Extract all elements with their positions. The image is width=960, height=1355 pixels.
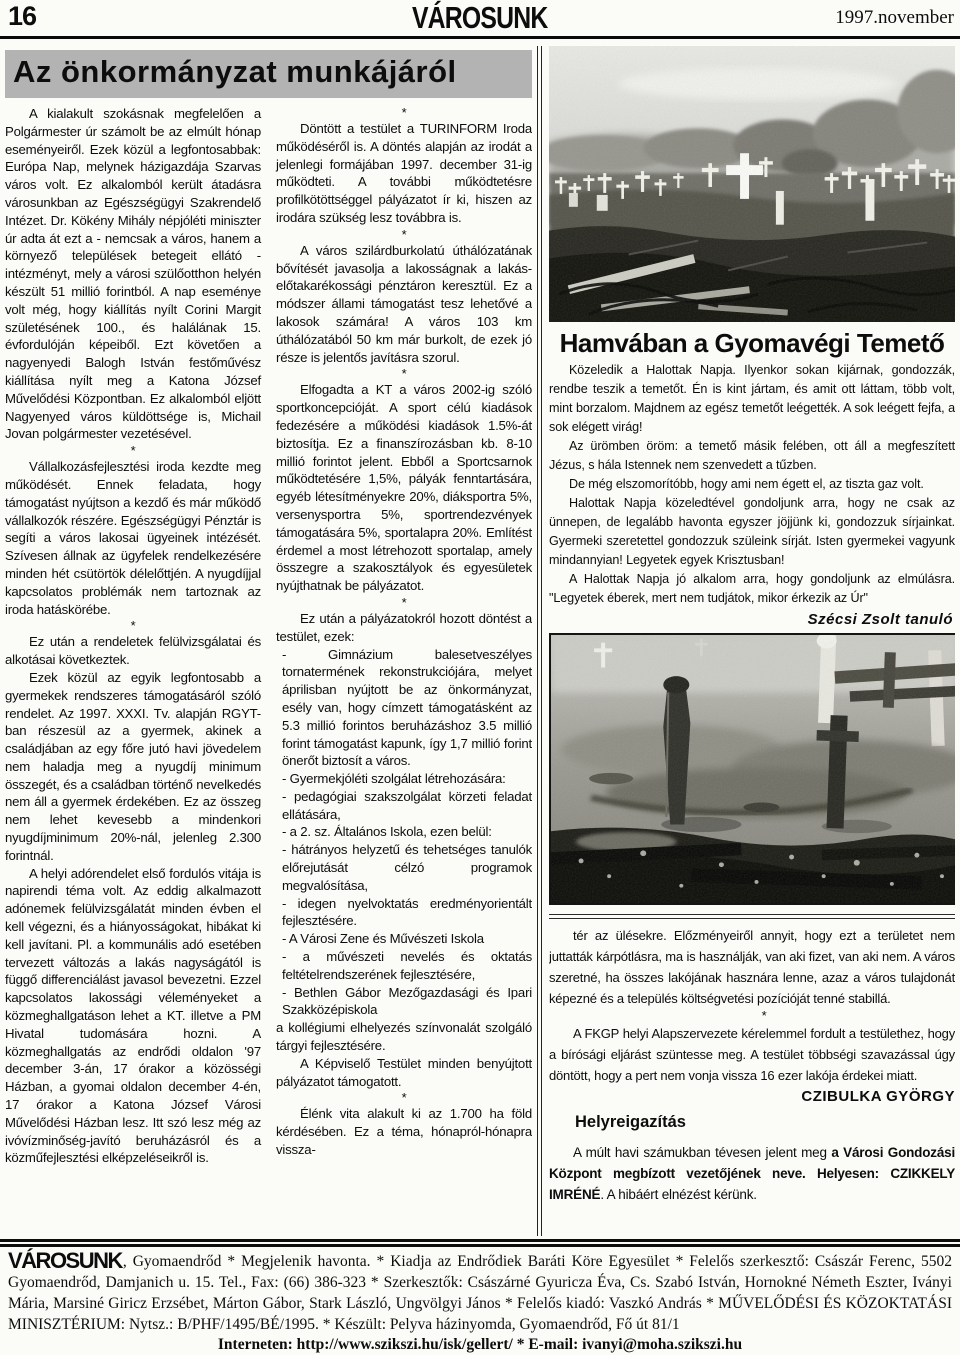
paragraph: Ez után a pályázatokról hozott döntést a… [276,610,532,646]
imprint-footer: VÁROSUNK, Gyomaendrőd * Megjelenik havon… [0,1239,960,1354]
paragraph: A város szilárdburkolatú úthálózatának b… [276,242,532,367]
paragraph: - a 2. sz. Általános Iskola, ezen belül: [276,823,532,841]
imprint-body: , Gyomaendrőd * Megjelenik havonta. * Ki… [8,1253,952,1333]
masthead-wrap: VÁROSUNK [0,0,960,36]
correction-paragraph: A múlt havi számukban tévesen jelent meg… [549,1142,955,1205]
right-column: Hamvában a Gyomavégi Temető Közeledik a … [549,46,955,1238]
paragraph: A FKGP helyi Alapszervezete kérelemmel f… [549,1023,955,1086]
burnt-graves-image [551,635,955,903]
paragraph: A kialakult szokásnak megfelelően a Polg… [5,105,261,443]
footer-rule [0,1239,960,1247]
paragraph: * [276,368,532,380]
correction-tail: . A hibáért elnézést kérünk. [600,1187,757,1202]
paragraph: * [5,620,261,632]
paragraph: * [276,107,532,119]
council-column-2: *Döntött a testület a TURINFORM Iroda mű… [276,105,532,1167]
paragraph: * [276,1092,532,1104]
paragraph: - A Városi Zene és Művészeti Iskola [276,930,532,948]
paragraph: Döntött a testület a TURINFORM Iroda műk… [276,120,532,227]
column-divider [537,46,542,1236]
burnt-cemetery-image [549,46,955,322]
council-columns: A kialakult szokásnak megfelelően a Polg… [5,105,532,1167]
paragraph: - idegen nyelvoktatás eredményorientált … [276,895,532,931]
masthead: VÁROSUNK [412,0,548,36]
cemetery-article-body: Közeledik a Halottak Napja. Ilyenkor sok… [549,361,955,608]
paragraph: Ezek közül az egyik legfontosabb a gyerm… [5,669,261,865]
paragraph: * [5,445,261,457]
cemetery-photo-top [549,46,955,322]
paragraph: A Halottak Napja jó alkalom arra, hogy g… [549,570,955,608]
header-rule [0,36,960,39]
imprint-text: VÁROSUNK, Gyomaendrőd * Megjelenik havon… [0,1249,960,1335]
paragraph: - Bethlen Gábor Mezőgazdasági és Ipari S… [276,984,532,1020]
paragraph: * [549,1010,955,1022]
council-column-1: A kialakult szokásnak megfelelően a Polg… [5,105,261,1167]
paragraph: Halottak Napja közeledtével gondoljunk a… [549,494,955,570]
cemetery-photo-bottom [549,633,955,905]
cemetery-headline: Hamvában a Gyomavégi Temető [549,328,955,358]
paragraph: A helyi adórendelet első fordulós vitája… [5,865,261,1168]
paragraph: - Gyermekjóléti szolgálat létrehozására: [276,770,532,788]
paragraph: Élénk vita alakult ki az 1.700 ha föld k… [276,1105,532,1158]
land-section-body: tér az ülésekre. Előzményeiről annyit, h… [549,925,955,1086]
paragraph: - hátrányos helyzetű és tehetséges tanul… [276,841,532,894]
article-title-bar: Az önkormányzat munkájáról [5,50,532,98]
paragraph: tér az ülésekre. Előzményeiről annyit, h… [549,925,955,1009]
paragraph: - pedagógiai szakszolgálat körzeti felad… [276,788,532,824]
paragraph: * [276,229,532,241]
council-article: Az önkormányzat munkájáról A kialakult s… [5,50,532,1235]
footer-masthead: VÁROSUNK [8,1248,122,1273]
paragraph: Ez után a rendeletek felülvizsgálatai és… [5,633,261,669]
issue-date: 1997.november [835,7,954,29]
paragraph: a kollégiumi elhelyezés színvonalát szol… [276,1019,532,1055]
section-rule [549,914,955,919]
author-signature: CZIBULKA GYÖRGY [549,1088,955,1105]
paragraph: Közeledik a Halottak Napja. Ilyenkor sok… [549,361,955,437]
correction-title: Helyreigazítás [575,1113,955,1132]
paragraph: - Gimnázium balesetveszélyes tornatermén… [276,646,532,771]
correction-lead: A múlt havi számukban tévesen jelent meg [573,1145,831,1160]
paragraph: Elfogadta a KT a város 2002-ig szóló spo… [276,381,532,595]
paragraph: * [276,597,532,609]
paragraph: De még elszomorítóbb, hogy ami nem égett… [549,475,955,494]
article-title: Az önkormányzat munkájáról [13,54,457,89]
paragraph: Vállalkozásfejlesztési iroda kezdte meg … [5,458,261,618]
page-header: 16 VÁROSUNK 1997.november [0,0,960,36]
cemetery-byline: Szécsi Zsolt tanuló [549,611,953,628]
paragraph: A Képviselő Testület minden benyújtott p… [276,1055,532,1091]
imprint-internet-line: Interneten: http://www.szikszi.hu/isk/ge… [0,1336,960,1354]
paragraph: - a művészeti nevelés és oktatás feltéte… [276,948,532,984]
paragraph: Az ürömben öröm: a temető másik felében,… [549,437,955,475]
